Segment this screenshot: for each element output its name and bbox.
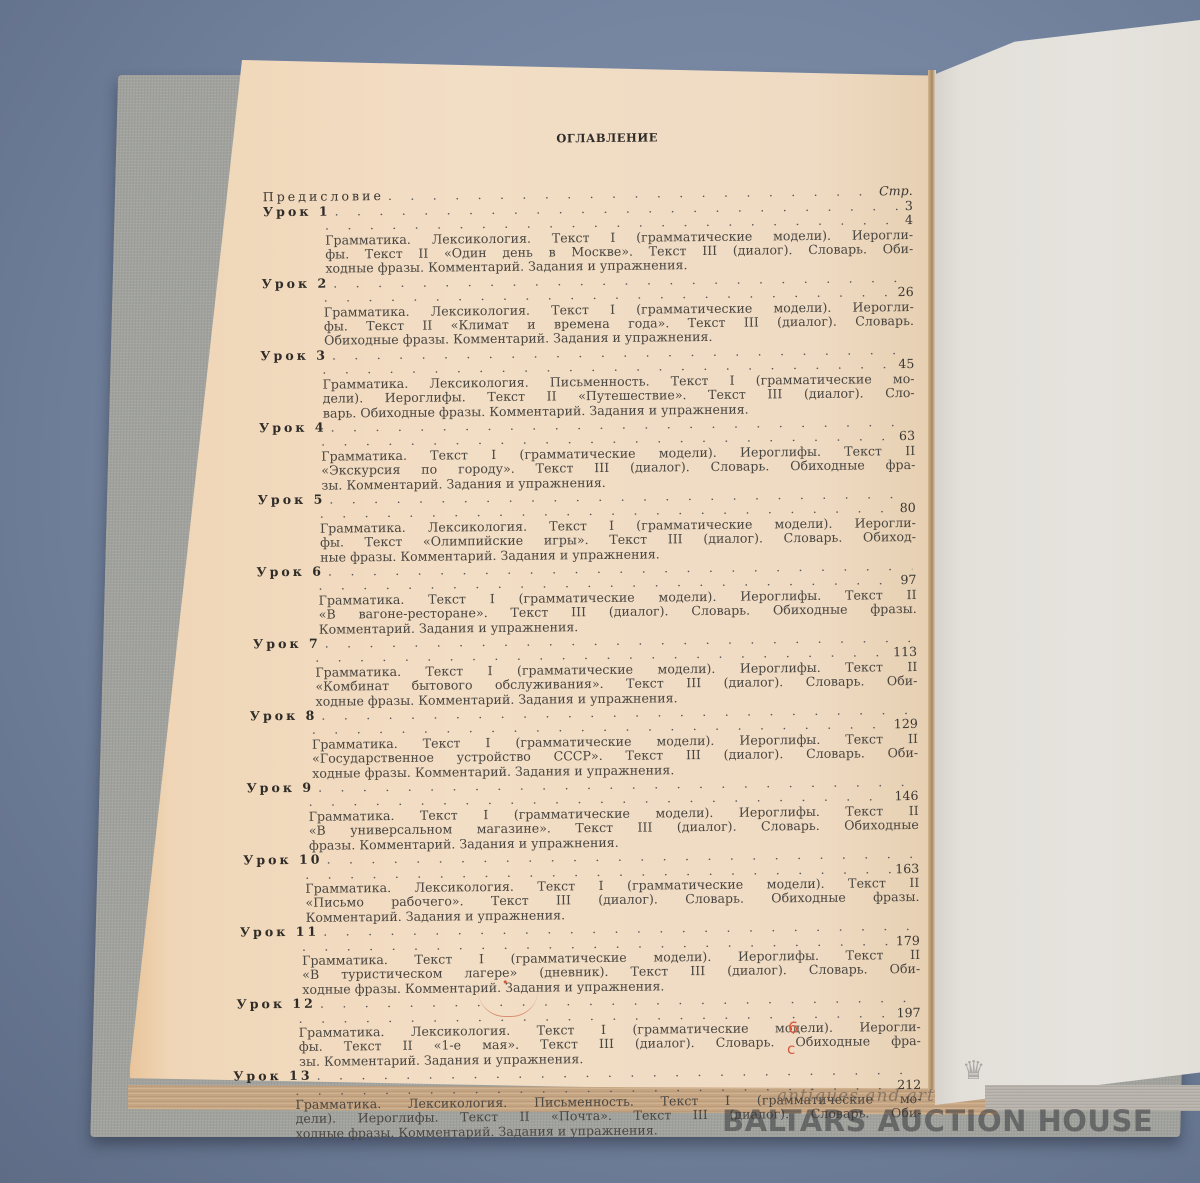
contents-page-number: 97 <box>900 573 916 588</box>
lesson-contents: 129Грамматика. Текст I (грамматические м… <box>312 717 919 780</box>
lesson-label: Урок 5 <box>258 493 326 508</box>
lesson-contents: 80Грамматика. Лексикология. Текст I (гра… <box>320 501 917 564</box>
lesson-contents: 197Грамматика. Лексикология. Текст I (гр… <box>299 1006 922 1070</box>
contents-page-number: 63 <box>899 429 915 444</box>
contents-page-number: 4 <box>905 213 913 227</box>
lesson-label: Урок 4 <box>259 421 327 436</box>
contents-page-number: 163 <box>895 861 919 876</box>
handwritten-mark-2: c <box>787 1040 795 1058</box>
page-column-header: Стр. <box>879 184 913 199</box>
lesson-contents: 63Грамматика. Текст I (грамматические мо… <box>321 429 916 492</box>
lesson-label: Урок 12 <box>236 997 316 1012</box>
lesson-contents: 179Грамматика. Текст I (грамматические м… <box>302 933 921 997</box>
lesson-contents: 45Грамматика. Лексикология. Письменность… <box>322 357 915 420</box>
lesson-label: Урок 2 <box>261 276 329 291</box>
table-of-contents: ОГЛАВЛЕНИЕ Предисловие Стр. Урок 134Грам… <box>262 118 922 1141</box>
contents-page-number: 146 <box>894 789 918 804</box>
lesson-contents: 97Грамматика. Текст I (грамматические мо… <box>318 573 917 636</box>
lesson-contents: 146Грамматика. Текст I (грамматические м… <box>308 789 919 852</box>
contents-page-number: 197 <box>896 1006 920 1021</box>
red-ink-mark: • <box>502 976 509 989</box>
handwritten-mark-1: 6 <box>788 1018 798 1037</box>
right-page-edges <box>985 1085 1200 1111</box>
contents-page-number: 129 <box>894 717 918 732</box>
lesson-contents: 113Грамматика. Текст I (грамматические м… <box>315 645 918 708</box>
lesson-contents: 212Грамматика. Лексикология. Письменност… <box>295 1078 922 1142</box>
lesson-page-number: 3 <box>905 199 913 213</box>
contents-page-number: 26 <box>898 285 914 300</box>
contents-page-number: 80 <box>900 501 916 516</box>
lesson-label: Урок 13 <box>233 1069 313 1084</box>
contents-page-number: 45 <box>898 357 914 372</box>
lesson-contents: 26Грамматика. Лексикология. Текст I (гра… <box>324 285 915 348</box>
lesson-label: Урок 6 <box>256 565 324 580</box>
lesson-label: Урок 9 <box>246 781 314 796</box>
lesson-label: Урок 11 <box>240 925 320 940</box>
contents-page-number: 113 <box>893 645 917 660</box>
toc-title: ОГЛАВЛЕНИЕ <box>302 128 912 148</box>
lesson-label: Урок 3 <box>260 348 328 363</box>
lesson-list: Урок 134Грамматика. Лексикология. Текст … <box>263 199 922 1142</box>
right-page <box>935 20 1200 1105</box>
contents-page-number: 212 <box>897 1078 921 1093</box>
lesson-contents: 4Грамматика. Лексикология. Текст I (грам… <box>325 213 914 276</box>
book-gutter <box>928 70 936 1090</box>
lesson-label: Урок 8 <box>250 709 318 724</box>
lesson-contents: 163Грамматика. Лексикология. Текст I (гр… <box>305 861 920 925</box>
lesson-label: Урок 1 <box>263 204 331 219</box>
contents-page-number: 179 <box>896 933 920 948</box>
lesson-label: Урок 7 <box>253 637 321 652</box>
lesson-label: Урок 10 <box>243 853 323 868</box>
